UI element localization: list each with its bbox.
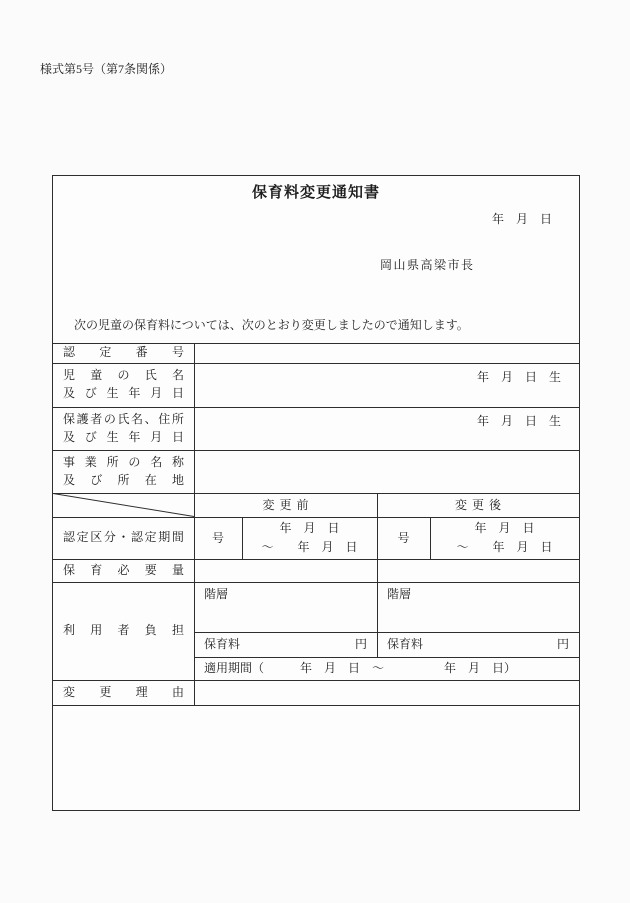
guardian-label-line2: 及び生年月日 <box>63 430 184 446</box>
tier-label-after: 階層 <box>387 587 411 603</box>
diagonal-line <box>53 493 194 517</box>
office-label: 事業所の名称 及び所在地 <box>63 450 184 493</box>
guardian-label-line1: 保護者の氏名、住所 <box>63 412 184 428</box>
period-dates-before-line2: ～ 年 月 日 <box>242 538 377 557</box>
page-title: 保育料変更通知書 <box>53 184 579 204</box>
office-label-line2: 及び所在地 <box>63 473 184 489</box>
user-burden-label: 利用者負担 <box>63 582 184 680</box>
tier-label-before: 階層 <box>204 587 228 603</box>
unit-after: 号 <box>377 517 430 559</box>
unit-before: 号 <box>194 517 242 559</box>
period-dates-after-line2: ～ 年 月 日 <box>430 538 579 557</box>
fee-row-after: 保育料 円 <box>387 632 569 657</box>
guardian-birthdate-suffix: 年 月 日 生 <box>477 414 561 430</box>
change-reason-label: 変更理由 <box>63 680 184 705</box>
yen-label-before: 円 <box>355 632 367 657</box>
fee-row-before: 保育料 円 <box>204 632 367 657</box>
user-burden-label-line: 利用者負担 <box>63 623 184 639</box>
period-dates-before-line1: 年 月 日 <box>242 519 377 538</box>
intro-text: 次の児童の保育料については、次のとおり変更しましたので通知します。 <box>62 318 469 334</box>
child-name-label-line1: 児童の氏名 <box>63 368 184 384</box>
period-dates-after: 年 月 日 ～ 年 月 日 <box>430 519 579 557</box>
issuer-name: 岡山県高梁市長 <box>380 258 475 274</box>
child-birthdate-suffix: 年 月 日 生 <box>477 370 561 386</box>
column-header-after: 変 更 後 <box>377 493 579 517</box>
document-frame: 保育料変更通知書 年 月 日 岡山県高梁市長 次の児童の保育料については、次のと… <box>52 175 580 811</box>
care-amount-label: 保育必要量 <box>63 559 184 582</box>
period-dates-before: 年 月 日 ～ 年 月 日 <box>242 519 377 557</box>
certification-period-label-line: 認定区分・認定期間 <box>63 530 184 546</box>
guardian-label: 保護者の氏名、住所 及び生年月日 <box>63 407 184 450</box>
period-dates-after-line1: 年 月 日 <box>430 519 579 538</box>
fee-label-after: 保育料 <box>387 632 423 657</box>
fee-label-before: 保育料 <box>204 632 240 657</box>
certification-number-label: 認定番号 <box>63 343 184 363</box>
child-name-label-line2: 及び生年月日 <box>63 386 184 402</box>
column-header-before: 変 更 前 <box>194 493 377 517</box>
document-page: 様式第5号（第7条関係） 保育料変更通知書 年 月 日 岡山県高梁市長 次の児童… <box>0 0 630 903</box>
table-hline <box>53 705 579 706</box>
office-label-line1: 事業所の名称 <box>63 455 184 471</box>
form-number-label: 様式第5号（第7条関係） <box>40 62 172 78</box>
form-table: 認定番号 児童の氏名 及び生年月日 年 月 日 生 保護者の氏名、住所 及び生年… <box>53 343 579 705</box>
application-period-text: 適用期間（ 年 月 日 ～ 年 月 日） <box>204 657 516 680</box>
issue-date: 年 月 日 <box>492 212 552 228</box>
child-name-label: 児童の氏名 及び生年月日 <box>63 363 184 407</box>
yen-label-after: 円 <box>557 632 569 657</box>
certification-period-label: 認定区分・認定期間 <box>63 517 184 559</box>
